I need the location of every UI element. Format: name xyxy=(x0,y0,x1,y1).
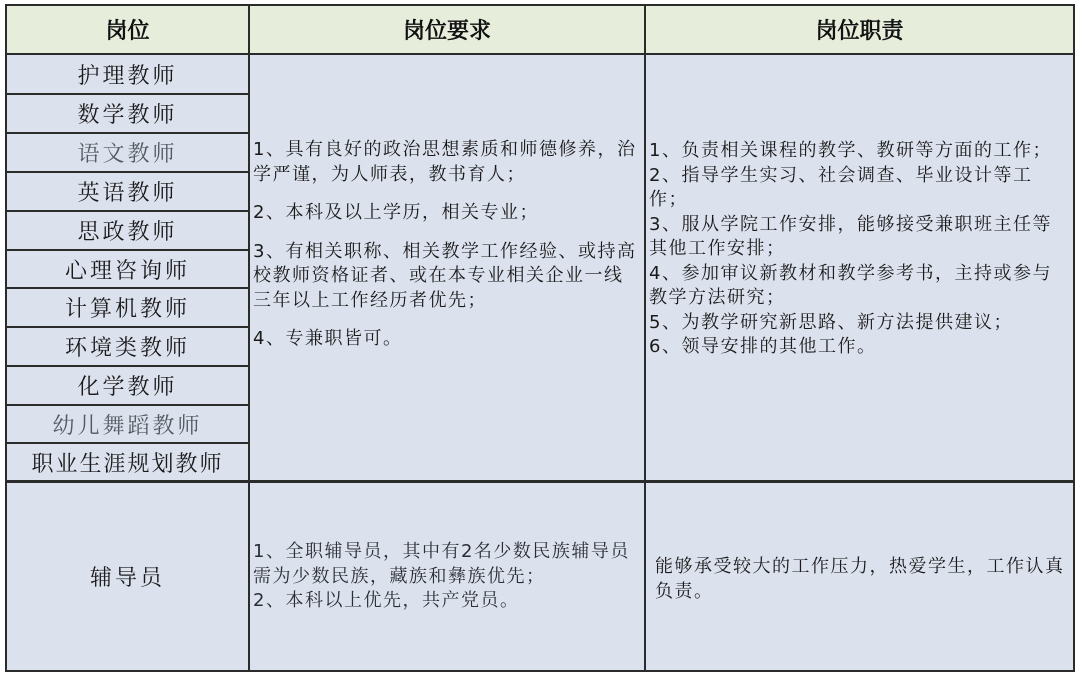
position-cell: 护理教师 xyxy=(7,55,248,93)
counselor-duties: 能够承受较大的工作压力，热爱学生，工作认真负责。 xyxy=(655,555,1065,604)
header-duties: 岗位职责 xyxy=(646,6,1073,55)
duty-item: 6、领导安排的其他工作。 xyxy=(649,335,1069,360)
position-cell: 计算机教师 xyxy=(7,289,248,326)
requirement-item: 4、专兼职皆可。 xyxy=(253,327,641,352)
position-cell: 心理咨询师 xyxy=(7,251,248,287)
requirement-item: 2、本科及以上学历，相关专业； xyxy=(253,201,641,226)
position-cell: 化学教师 xyxy=(7,367,248,404)
duty-item: 1、负责相关课程的教学、教研等方面的工作； xyxy=(649,139,1069,164)
column-divider xyxy=(644,6,646,670)
column-divider xyxy=(248,6,250,670)
position-cell: 思政教师 xyxy=(7,212,248,249)
duty-item: 5、为教学研究新思路、新方法提供建议； xyxy=(649,311,1069,336)
duty-item: 4、参加审议新教材和教学参考书，主持或参与教学方法研究； xyxy=(649,262,1069,311)
requirement-item: 2、本科以上优先，共产党员。 xyxy=(253,589,641,614)
position-cell: 数学教师 xyxy=(7,95,248,132)
header-requirements: 岗位要求 xyxy=(250,6,644,55)
recruitment-table: 岗位 岗位要求 岗位职责 护理教师 数学教师 语文教师 英语教师 思政教师 心理… xyxy=(5,4,1075,672)
position-cell: 幼儿舞蹈教师 xyxy=(7,406,248,442)
duty-item: 2、指导学生实习、社会调查、毕业设计等工作； xyxy=(649,164,1069,213)
position-cell: 职业生涯规划教师 xyxy=(7,444,248,480)
duty-item: 3、服从学院工作安排，能够接受兼职班主任等其他工作安排； xyxy=(649,213,1069,262)
counselor-requirements: 1、全职辅导员，其中有2名少数民族辅导员需为少数民族，藏族和彝族优先； 2、本科… xyxy=(253,540,641,614)
requirement-item: 3、有相关职称、相关教学工作经验、或持高校教师资格证者、或在本专业相关企业一线三… xyxy=(253,240,641,314)
position-cell-counselor: 辅导员 xyxy=(7,483,248,670)
teacher-duties: 1、负责相关课程的教学、教研等方面的工作； 2、指导学生实习、社会调查、毕业设计… xyxy=(649,139,1069,360)
position-cell: 环境类教师 xyxy=(7,328,248,365)
position-cell: 英语教师 xyxy=(7,173,248,210)
requirement-item: 1、全职辅导员，其中有2名少数民族辅导员需为少数民族，藏族和彝族优先； xyxy=(253,540,641,589)
requirement-item: 1、具有良好的政治思想素质和师德修养，治学严谨，为人师表，教书育人； xyxy=(253,138,641,187)
position-cell: 语文教师 xyxy=(7,134,248,171)
teacher-requirements: 1、具有良好的政治思想素质和师德修养，治学严谨，为人师表，教书育人； 2、本科及… xyxy=(253,138,641,352)
header-position: 岗位 xyxy=(7,6,248,55)
